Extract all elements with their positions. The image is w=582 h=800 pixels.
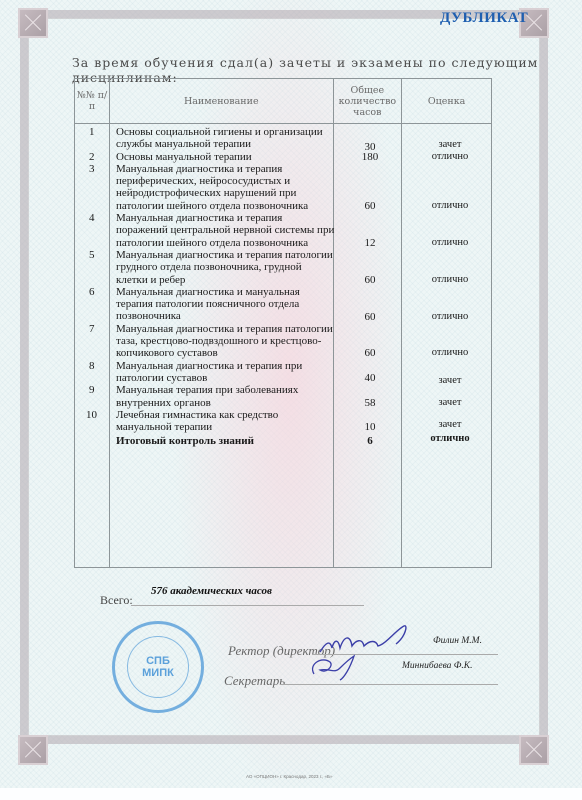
row-grade: зачет [420, 397, 480, 409]
row-hours: 58 [360, 397, 380, 409]
seal-inner: СПБ МИПК [127, 636, 189, 698]
institution-seal: СПБ МИПК [112, 621, 204, 713]
corner-ornament-icon [18, 735, 48, 765]
row-hours: 60 [360, 311, 380, 323]
row-hours: 60 [360, 200, 380, 212]
row-discipline-name: Мануальная терапия при заболеванияхвнутр… [116, 384, 341, 409]
seal-text: СПБ [128, 655, 188, 667]
row-hours: 40 [360, 372, 380, 384]
final-control-name: Итоговый контроль знаний [116, 435, 254, 447]
seal-text: МИПК [128, 667, 188, 679]
row-number: 3 [89, 163, 95, 175]
row-grade: отлично [420, 151, 480, 163]
row-grade: зачет [420, 375, 480, 387]
table-header-row: №№ п/п Наименование Общее количество час… [75, 79, 492, 124]
row-number: 8 [89, 360, 95, 372]
row-grade: отлично [420, 274, 480, 286]
printer-footer: АО «ОПЦИОН» г. Краснодар, 2023 г., «Б» [246, 774, 333, 779]
row-hours: 10 [360, 421, 380, 433]
header-grade: Оценка [402, 79, 492, 124]
row-discipline-name: Лечебная гимнастика как средствомануальн… [116, 409, 341, 434]
total-label: Всего: [100, 593, 133, 608]
row-hours: 180 [360, 151, 380, 163]
row-grade: отлично [420, 347, 480, 359]
header-hours: Общее количество часов [333, 79, 402, 124]
header-name: Наименование [110, 79, 334, 124]
row-grade: зачет [420, 419, 480, 431]
row-grade: отлично [420, 200, 480, 212]
signature-name-secretary: Миннибаева Ф.К. [402, 661, 472, 671]
row-discipline-name: Мануальная диагностика и терапия припато… [116, 360, 341, 385]
secretary-signature-icon [304, 654, 364, 684]
row-discipline-name: Мануальная диагностика и мануальнаятерап… [116, 286, 341, 323]
total-underline [131, 605, 364, 606]
total-value: 576 академических часов [151, 585, 272, 597]
rector-signature-icon [316, 622, 416, 658]
final-control-hours: 6 [360, 435, 380, 447]
row-grade: отлично [420, 311, 480, 323]
row-discipline-name: Мануальная диагностика и терапияпоражени… [116, 212, 341, 249]
row-number: 1 [89, 126, 95, 138]
row-number: 6 [89, 286, 95, 298]
corner-ornament-icon [519, 735, 549, 765]
row-discipline-name: Мануальная диагностика и терапия патолог… [116, 323, 341, 360]
row-number: 7 [89, 323, 95, 335]
row-number: 2 [89, 151, 95, 163]
final-control-grade: отлично [420, 433, 480, 445]
row-hours: 12 [360, 237, 380, 249]
row-hours: 60 [360, 274, 380, 286]
row-number: 10 [86, 409, 97, 421]
signature-role-secretary: Секретарь [224, 673, 285, 689]
row-hours: 60 [360, 347, 380, 359]
row-number: 9 [89, 384, 95, 396]
signature-line-secretary [280, 684, 498, 685]
corner-ornament-icon [18, 8, 48, 38]
header-number: №№ п/п [75, 79, 110, 124]
row-number: 4 [89, 212, 95, 224]
row-discipline-name: Основы мануальной терапии [116, 151, 341, 163]
row-number: 5 [89, 249, 95, 261]
duplicate-stamp: ДУБЛИКАТ [440, 10, 528, 27]
row-discipline-name: Мануальная диагностика и терапия патолог… [116, 249, 341, 286]
row-discipline-name: Мануальная диагностика и терапияперифери… [116, 163, 341, 212]
row-discipline-name: Основы социальной гигиены и организациис… [116, 126, 341, 151]
row-grade: отлично [420, 237, 480, 249]
signature-name-rector: Филин М.М. [433, 636, 482, 646]
